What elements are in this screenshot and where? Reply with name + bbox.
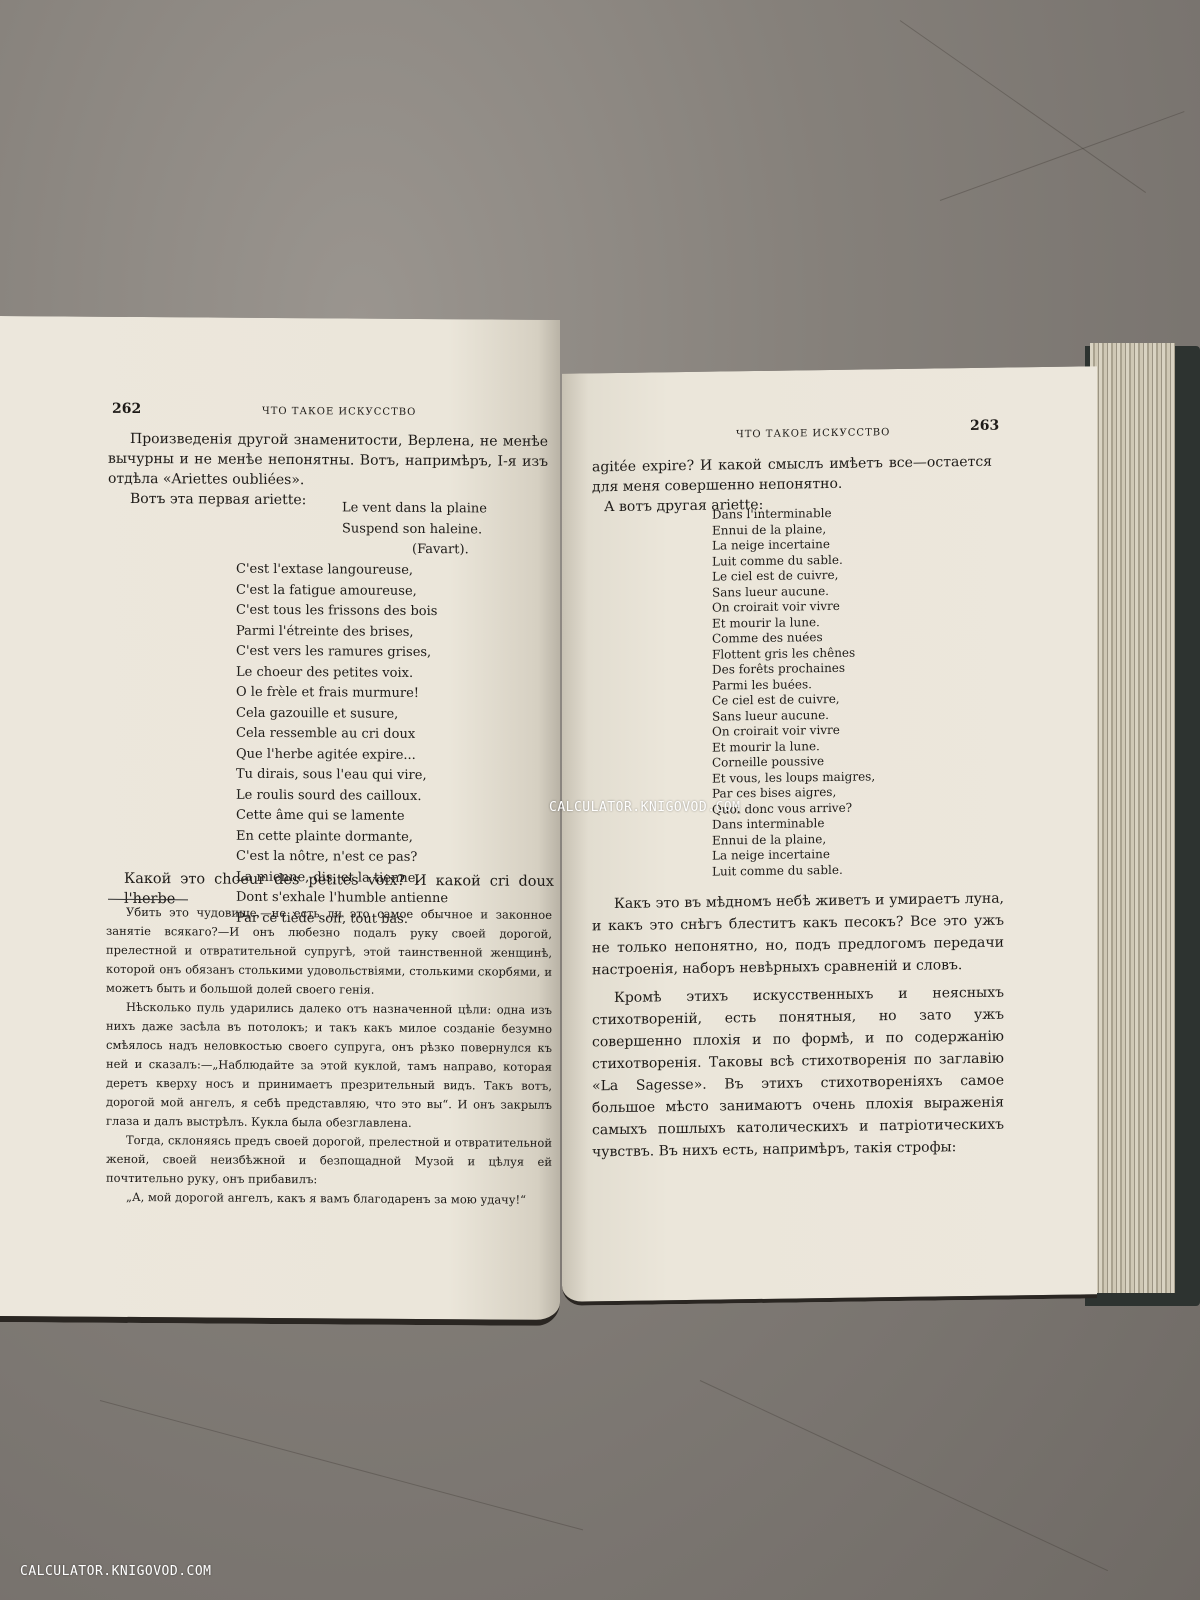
poem-line: Et vous, les loups maigres, [712, 769, 875, 787]
poem-line: C'est la fatigue amoureuse, [236, 580, 448, 602]
right-running-head: ЧТО ТАКОЕ ИСКУССТВО [736, 427, 890, 440]
poem-line: Luit comme du sable. [712, 862, 875, 880]
right-page-number: 263 [970, 418, 999, 434]
poem-line: C'est tous les frissons des bois [236, 601, 448, 623]
footnote-paragraph: Тогда, склоняясь предъ своей дорогой, пр… [106, 1131, 552, 1191]
right-body-bottom: Какъ это въ мѣдномъ небѣ живетъ и умирае… [592, 888, 1004, 1164]
paragraph-sagesse: Кромѣ этихъ искусственныхъ и неясныхъ ст… [592, 982, 1004, 1164]
footnote-paragraph: Нѣсколько пуль ударились далеко отъ назн… [106, 998, 552, 1134]
footnote: Убить это чудовище,—не есть ли это самое… [106, 903, 552, 1210]
ariette-poem-2: Dans l'interminable Ennui de la plaine, … [712, 505, 875, 879]
poem-line: Le roulis sourd des cailloux. [236, 785, 448, 807]
paragraph-moon: Какъ это въ мѣдномъ небѣ живетъ и умирае… [592, 888, 1004, 982]
poem-line: Cela ressemble au cri doux [236, 724, 448, 746]
poem-line: En cette plainte dormante, [236, 826, 448, 848]
left-page-number: 262 [112, 401, 141, 417]
right-page: ЧТО ТАКОЕ ИСКУССТВО 263 agitée expire? И… [562, 366, 1097, 1305]
poem-line: Parmi l'étreinte des brises, [236, 621, 448, 643]
poem-line: Cela gazouille et susure, [236, 703, 448, 725]
open-book: 262 ЧТО ТАКОЕ ИСКУССТВО Произведенія дру… [0, 318, 1200, 1328]
epigraph: Le vent dans la plaine Suspend son halei… [342, 498, 487, 561]
watermark-center: CALCULATOR.KNIGOVOD.COM [549, 800, 741, 815]
poem-line: Flottent gris les chênes [712, 645, 875, 663]
poem-line: C'est vers les ramures grises, [236, 642, 448, 664]
epigraph-attribution: (Favart). [342, 539, 487, 561]
intro-paragraph: Произведенія другой знаменитости, Верлен… [108, 429, 548, 492]
footnote-paragraph: „А, мой дорогой ангелъ, какъ я вамъ благ… [106, 1188, 552, 1210]
watermark-bottom-left: CALCULATOR.KNIGOVOD.COM [20, 1564, 212, 1579]
continuation-paragraph: agitée expire? И какой смыслъ имѣетъ все… [592, 452, 992, 498]
poem-line: C'est l'extase langoureuse, [236, 560, 448, 582]
left-page: 262 ЧТО ТАКОЕ ИСКУССТВО Произведенія дру… [0, 316, 560, 1326]
poem-line: Tu dirais, sous l'eau qui vire, [236, 765, 448, 787]
marble-vein [900, 20, 1146, 193]
poem-line: Cette âme qui se lamente [236, 806, 448, 828]
footnote-paragraph: Убить это чудовище,—не есть ли это самое… [106, 903, 552, 1001]
poem-line: Le choeur des petites voix. [236, 662, 448, 684]
poem-line: C'est la nôtre, n'est ce pas? [236, 847, 448, 869]
page-block-edge [1090, 343, 1175, 1293]
left-running-head: ЧТО ТАКОЕ ИСКУССТВО [262, 406, 416, 418]
marble-vein [940, 111, 1185, 201]
marble-vein [100, 1400, 583, 1530]
poem-line: O le frèle et frais murmure! [236, 683, 448, 705]
poem-line: Que l'herbe agitée expire... [236, 744, 448, 766]
marble-vein [700, 1380, 1108, 1571]
